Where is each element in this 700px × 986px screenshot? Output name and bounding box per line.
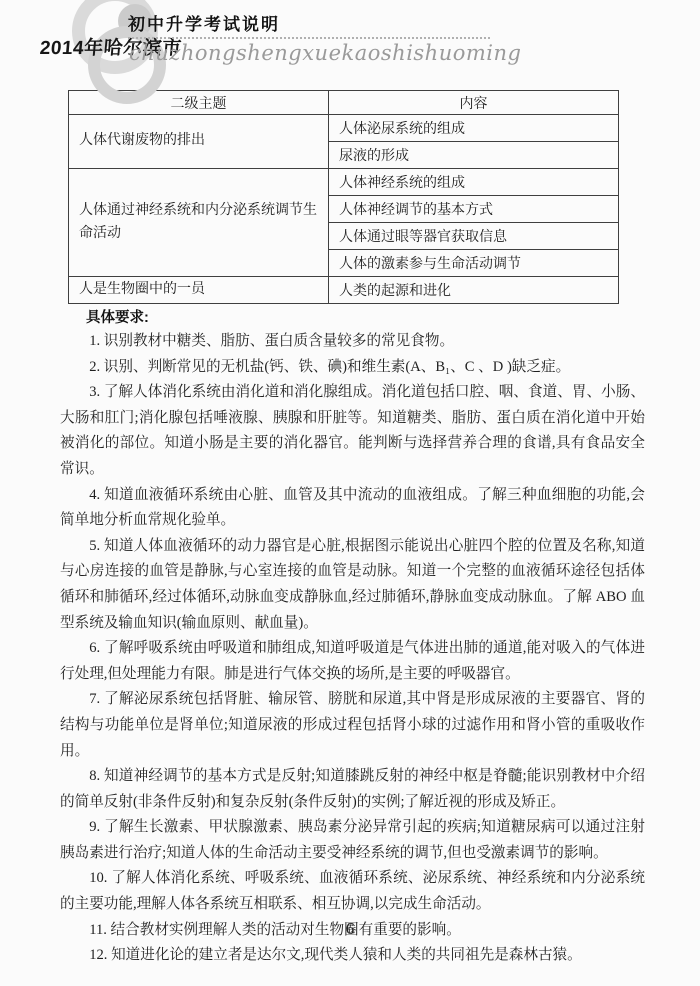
content-cell: 人体通过眼等器官获取信息 xyxy=(329,223,619,250)
requirement-item: 12. 知道进化论的建立者是达尔文,现代类人猿和人类的共同祖先是森林古猿。 xyxy=(60,943,645,969)
topic-cell: 人体通过神经系统和内分泌系统调节生命活动 xyxy=(69,169,329,277)
page-header: 2014年哈尔滨市 初中升学考试说明 chuzhongshengxuekaosh… xyxy=(0,0,700,88)
requirement-item: 4. 知道血液循环系统由心脏、血管及其中流动的血液组成。了解三种血细胞的功能,会… xyxy=(60,483,645,534)
title-dotted-rule xyxy=(128,37,490,39)
content-cell: 尿液的形成 xyxy=(329,142,619,169)
requirement-item: 8. 知道神经调节的基本方式是反射;知道膝跳反射的神经中枢是脊髓;能识别教材中介… xyxy=(60,764,645,815)
table-row: 人体代谢废物的排出 人体泌尿系统的组成 xyxy=(69,115,619,142)
requirements-heading: 具体要求: xyxy=(86,306,645,327)
requirement-item: 3. 了解人体消化系统由消化道和消化腺组成。消化道包括口腔、咽、食道、胃、小肠、… xyxy=(60,380,645,482)
column-header-content: 内容 xyxy=(329,91,619,115)
content-cell: 人体神经系统的组成 xyxy=(329,169,619,196)
content-cell: 人体泌尿系统的组成 xyxy=(329,115,619,142)
requirement-item: 7. 了解泌尿系统包括肾脏、输尿管、膀胱和尿道,其中肾是形成尿液的主要器官、肾的… xyxy=(60,687,645,764)
table-row: 人体通过神经系统和内分泌系统调节生命活动 人体神经系统的组成 xyxy=(69,169,619,196)
content-cell: 人类的起源和进化 xyxy=(329,277,619,304)
topic-cell: 人体代谢废物的排出 xyxy=(69,115,329,169)
requirement-item: 6. 了解呼吸系统由呼吸道和肺组成,知道呼吸道是气体进出肺的通道,能对吸入的气体… xyxy=(60,636,645,687)
requirement-item: 1. 识别教材中糖类、脂肪、蛋白质含量较多的常见食物。 xyxy=(60,329,645,355)
doc-title-pinyin: chuzhongshengxuekaoshishuoming xyxy=(129,41,521,65)
requirement-item: 5. 知道人体血液循环的动力器官是心脏,根据图示能说出心脏四个腔的位置及名称,知… xyxy=(60,534,645,636)
topics-table: 二级主题 内容 人体代谢废物的排出 人体泌尿系统的组成 尿液的形成 人体通过神经… xyxy=(68,90,619,304)
topic-cell: 人是生物圈中的一员 xyxy=(69,277,329,304)
requirement-item: 2. 识别、判断常见的无机盐(钙、铁、碘)和维生素(A、B₁、C 、D )缺乏症… xyxy=(60,355,645,381)
requirements-section: 具体要求: 1. 识别教材中糖类、脂肪、蛋白质含量较多的常见食物。 2. 识别、… xyxy=(60,306,645,969)
table-row: 人是生物圈中的一员 人类的起源和进化 xyxy=(69,277,619,304)
requirement-item: 10. 了解人体消化系统、呼吸系统、血液循环系统、泌尿系统、神经系统和内分泌系统… xyxy=(60,866,645,917)
content-cell: 人体神经调节的基本方式 xyxy=(329,196,619,223)
page-number: 6 xyxy=(0,919,700,939)
content-cell: 人体的激素参与生命活动调节 xyxy=(329,250,619,277)
doc-title: 初中升学考试说明 xyxy=(128,10,280,35)
requirement-item: 9. 了解生长激素、甲状腺激素、胰岛素分泌异常引起的疾病;知道糖尿病可以通过注射… xyxy=(60,815,645,866)
